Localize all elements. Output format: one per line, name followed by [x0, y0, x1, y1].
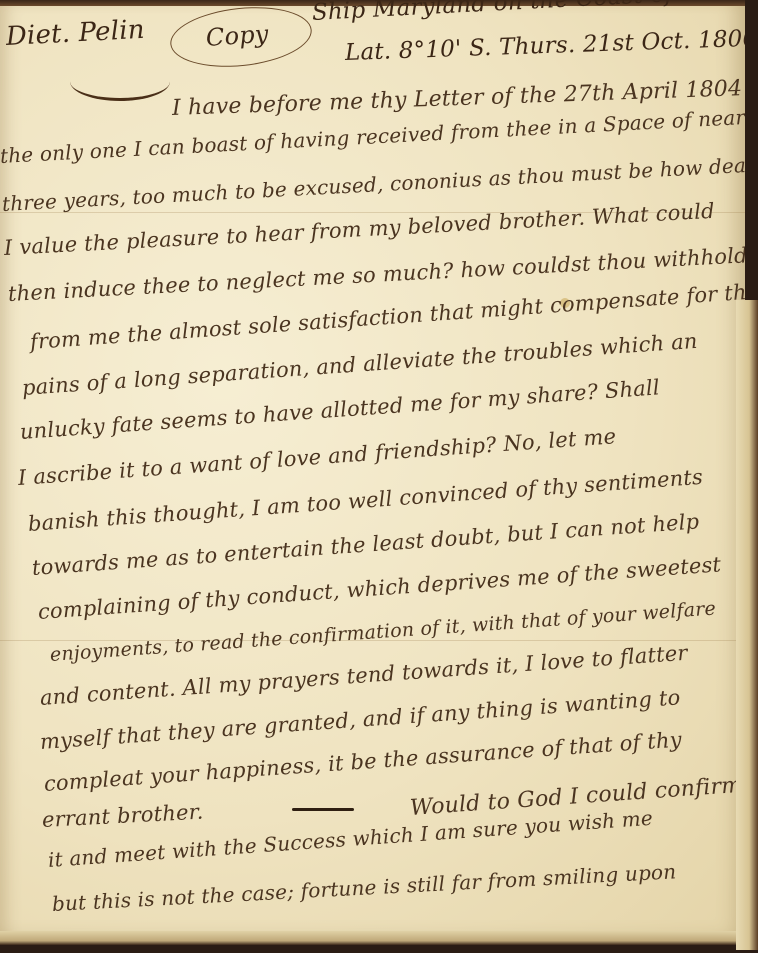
header-date: Lat. 8°10' S. Thurs. 21st Oct. 1806	[345, 26, 745, 66]
letter-page: Diet. Pelin Copy Ship Maryland on the Co…	[0, 0, 745, 945]
header-location: Ship Maryland on the Coast of Peru	[311, 0, 736, 26]
ink-dash	[292, 808, 354, 811]
page-stack-edge	[0, 931, 745, 945]
letter-line: errant brother.	[41, 800, 204, 832]
page-right-edge	[736, 300, 758, 950]
letter-line: but this is not the case; fortune is sti…	[51, 859, 676, 916]
header-addressee: Diet. Pelin	[5, 15, 145, 52]
copy-mark: Copy	[205, 20, 269, 52]
flourish-decoration	[70, 62, 170, 101]
